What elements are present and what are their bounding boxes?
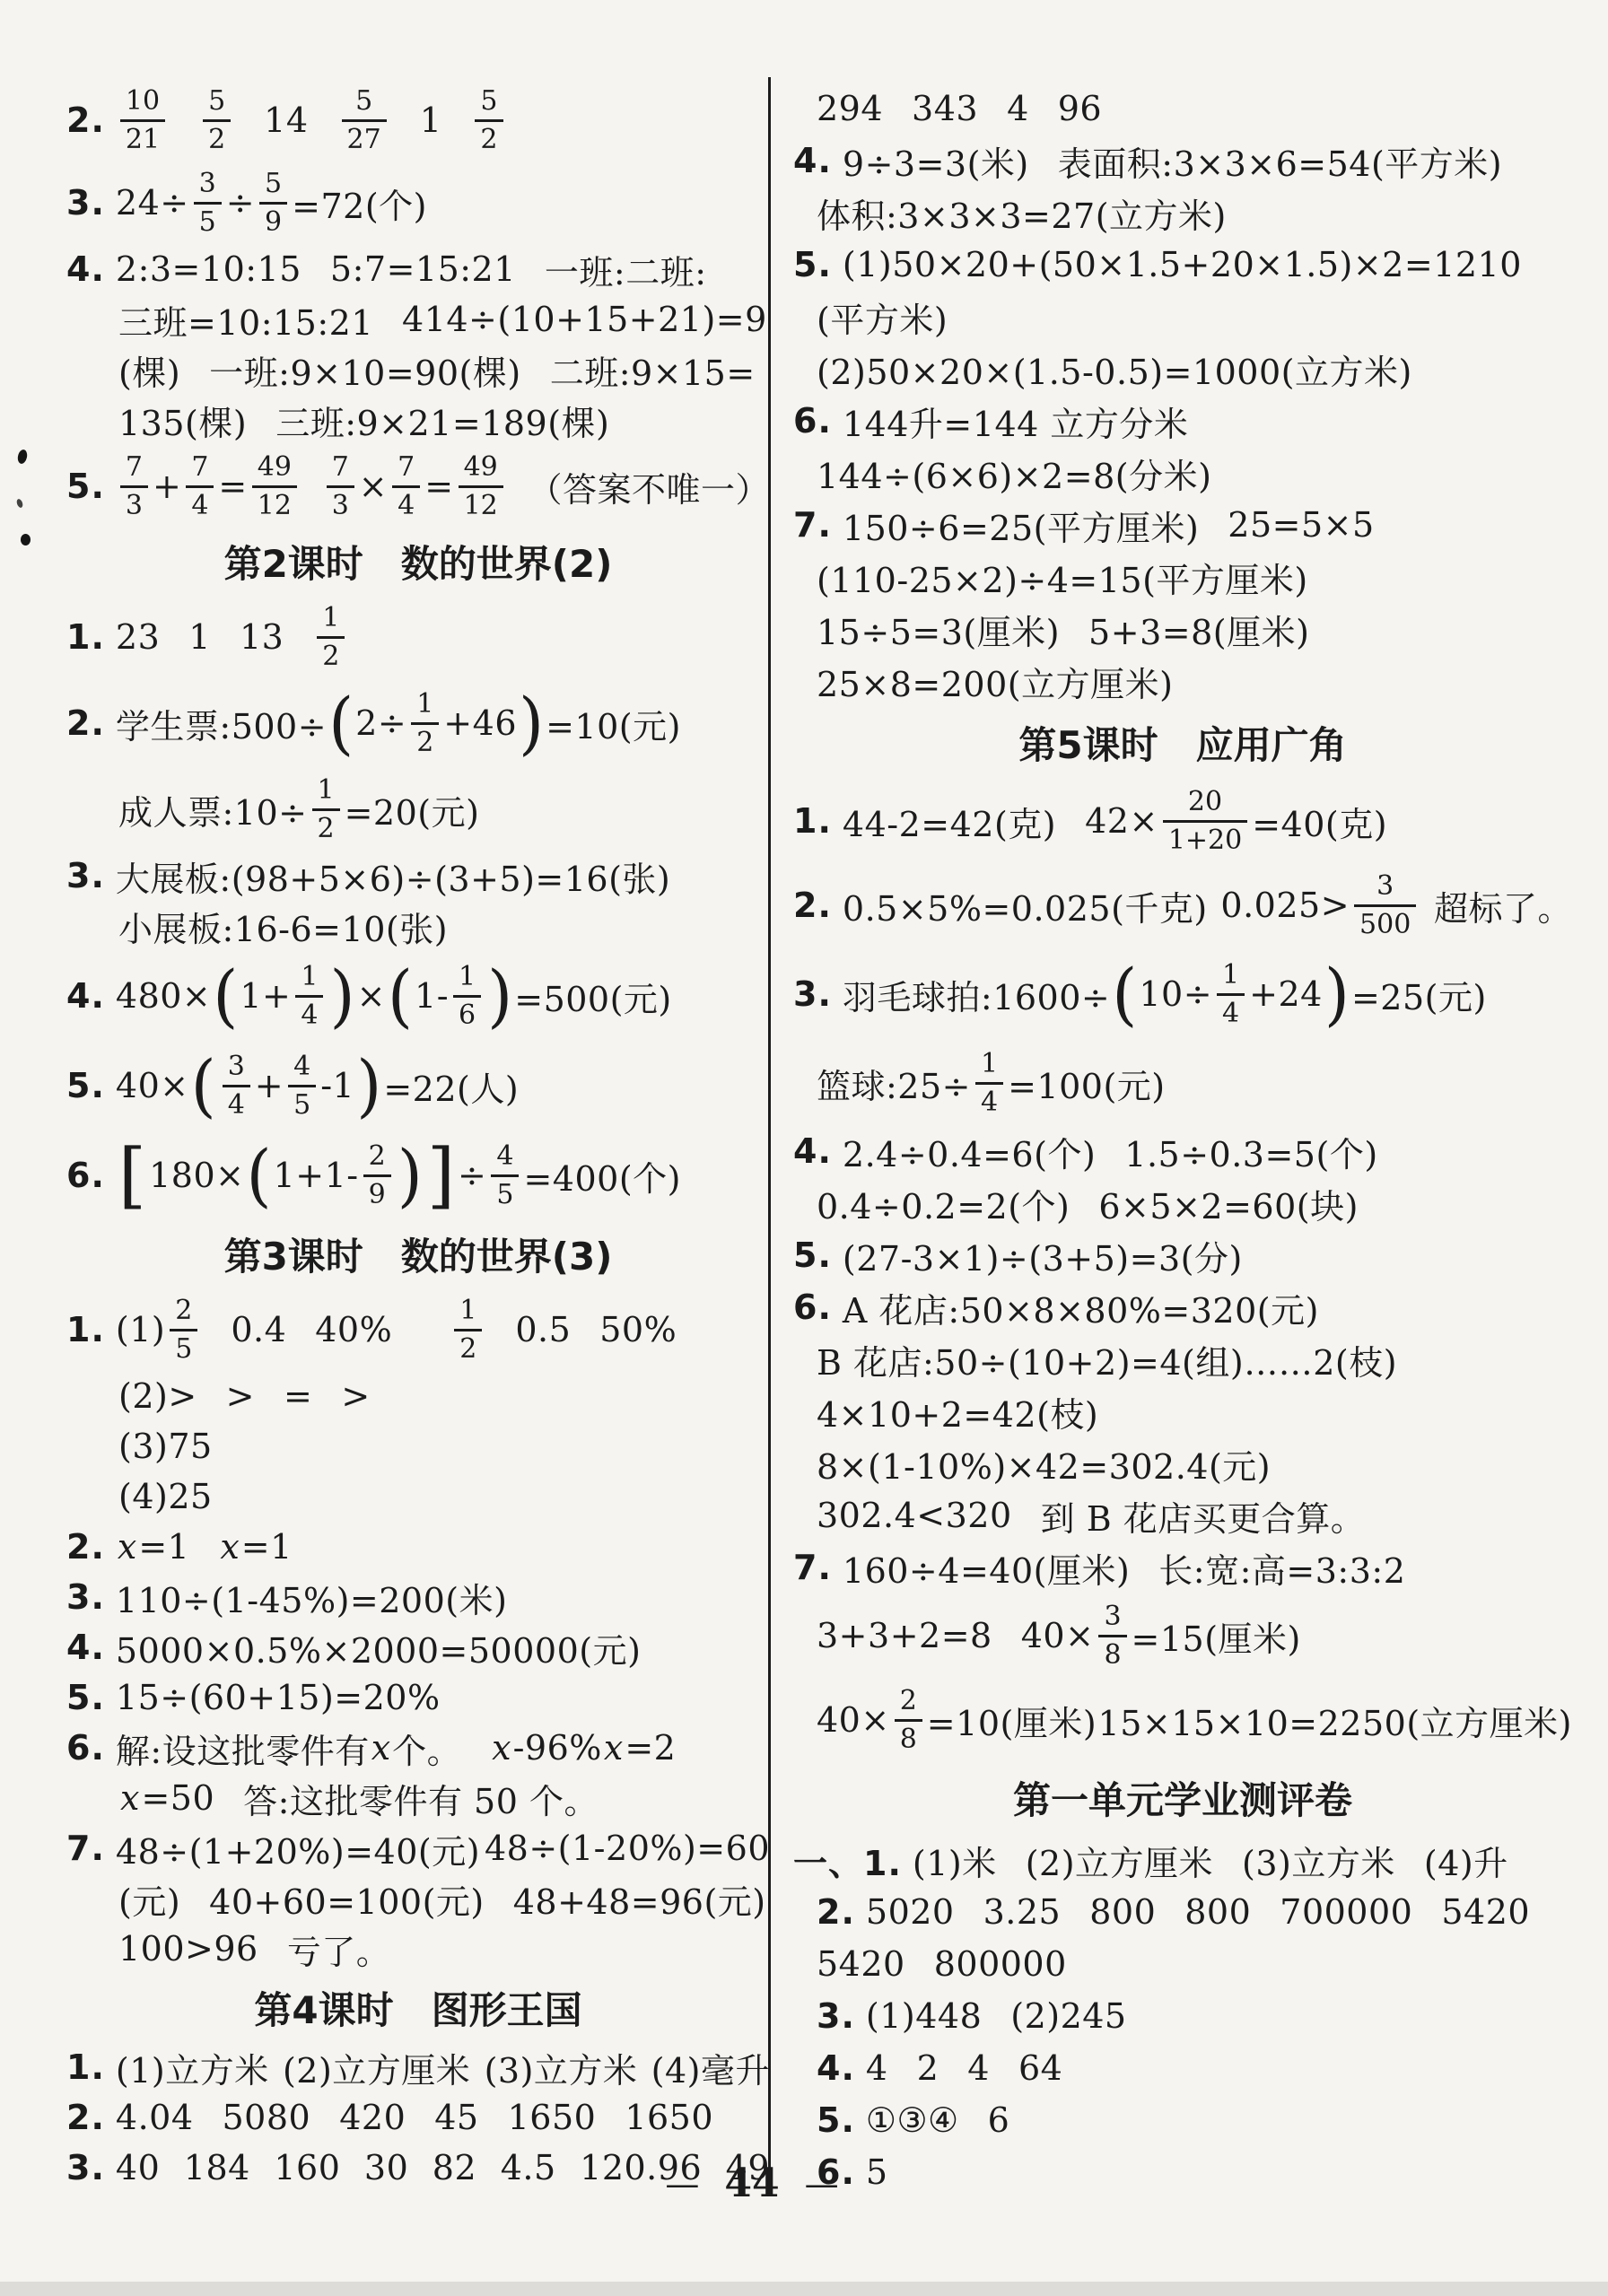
math-text: 1.5÷0.3=5(个)	[1124, 1127, 1377, 1176]
answer-line: 25×8=200(立方厘米)	[793, 655, 1572, 707]
answer-line: 5.①③④6	[793, 2094, 1572, 2146]
math-text: =400(个)	[523, 1151, 681, 1200]
item-number: 3.	[66, 2148, 105, 2187]
answer-line: 6.A 花店:50×8×80%=320(元)	[793, 1281, 1572, 1333]
answer-line: 3+3+2=840×38=15(厘米)	[793, 1593, 1572, 1678]
answer-line: 3.(1)448(2)245	[793, 1990, 1572, 2042]
fraction: 34	[223, 1053, 250, 1119]
math-text: 42×	[1085, 801, 1158, 841]
math-text: 48÷(1-20%)=60	[485, 1829, 770, 1868]
math-text: 184	[184, 2148, 250, 2187]
denominator: 2	[312, 808, 340, 842]
item-number: 4.	[817, 2048, 855, 2088]
variable: x	[604, 1728, 623, 1768]
math-text: 二班:9×15=	[550, 345, 756, 395]
numerator: 20	[1183, 789, 1228, 820]
answer-line: 一、1.(1)米(2)立方厘米(3)立方米(4)升	[793, 1834, 1572, 1886]
fraction: 14	[975, 1051, 1003, 1116]
numerator: 7	[120, 454, 148, 485]
math-text: (1)米	[913, 1836, 997, 1885]
item-number: 7.	[793, 1548, 832, 1587]
item-number: 6.	[66, 1728, 105, 1768]
math-text: ×	[357, 976, 386, 1016]
math-text: =20(元)	[345, 785, 480, 834]
math-text: (2)立方厘米	[283, 2043, 470, 2092]
math-text: 2÷	[355, 703, 406, 743]
denominator: 2	[317, 636, 345, 670]
fraction: 35	[194, 170, 222, 236]
math-text: 5+3=8(厘米)	[1088, 605, 1309, 654]
math-text: 三班=10:15:21	[118, 295, 373, 345]
math-text: 144÷(6×6)×2=8(分米)	[817, 449, 1211, 498]
math-text: (2)>	[118, 1376, 197, 1416]
math-text: 82	[433, 2148, 476, 2187]
math-text: 30	[364, 2148, 408, 2187]
item-number: 2.	[66, 2098, 105, 2137]
variable: x	[120, 1778, 139, 1818]
answer-line: 2.学生票:500÷(2÷12+46)=10(元)	[66, 678, 770, 768]
math-text: +	[153, 467, 181, 506]
denominator: 9	[363, 1174, 391, 1209]
math-text: 44-2=42(克)	[843, 797, 1056, 846]
denominator: 21	[120, 119, 165, 153]
answer-line: 1.(1)250.440%120.550%	[66, 1288, 770, 1371]
denominator: 2	[454, 1329, 482, 1363]
answer-line: 4.42464	[793, 2042, 1572, 2094]
answer-line: 15÷5=3(厘米)5+3=8(厘米)	[793, 603, 1572, 655]
numerator: 1	[975, 1051, 1003, 1082]
answer-line: 3.24÷35÷59=72(个)	[66, 162, 770, 244]
math-text: 5	[866, 2152, 888, 2192]
fraction: 14	[1217, 962, 1245, 1027]
answer-line: 4.2.4÷0.4=6(个)1.5÷0.3=5(个)	[793, 1125, 1572, 1177]
math-text: =1	[241, 1527, 293, 1567]
math-text: (1)50×20+(50×1.5+20×1.5)×2=1210	[843, 245, 1522, 284]
section-heading: 第一单元学业测评卷	[793, 1762, 1572, 1834]
math-text: 一班:二班:	[545, 245, 707, 294]
left-paren: (	[213, 965, 238, 1026]
page-number: 44	[724, 2161, 779, 2206]
answer-line: 三班=10:15:21414÷(10+15+21)=9	[66, 294, 770, 345]
math-text: 294	[817, 89, 883, 128]
math-text: 64	[1018, 2048, 1062, 2088]
math-text: (3)立方米	[485, 2043, 638, 2092]
fraction: 4912	[459, 454, 503, 519]
math-text: 40×	[1021, 1616, 1095, 1655]
answer-line: (2)50×20×(1.5-0.5)=1000(立方米)	[793, 343, 1572, 395]
answer-line: 4.5000×0.5%×2000=50000(元)	[66, 1622, 770, 1672]
denominator: 2	[475, 119, 502, 153]
section-heading: 第4课时 图形王国	[66, 1974, 770, 2042]
math-text: 长:宽:高=3:3:2	[1158, 1543, 1405, 1593]
math-text: （答案不唯一）	[528, 462, 770, 511]
math-text: =40(克)	[1252, 797, 1387, 846]
math-text: 9÷3=3(米)	[843, 136, 1029, 186]
answer-line: 5.40×(34+45-1)=22(人)	[66, 1041, 770, 1131]
math-text: 14	[264, 100, 308, 140]
item-number: 5.	[66, 467, 105, 506]
denominator: 6	[453, 995, 481, 1029]
left-paren: (	[388, 965, 413, 1026]
math-text: (元)	[118, 1874, 180, 1924]
fraction: 28	[895, 1688, 922, 1753]
math-text: 1+	[240, 976, 291, 1016]
math-text: =2	[625, 1728, 676, 1768]
math-text: (2)245	[1010, 1996, 1126, 2036]
math-text: 小展板:16-6=10(张)	[118, 902, 448, 951]
item-number: 1.	[66, 1310, 105, 1349]
denominator: 12	[459, 485, 503, 519]
answer-line: (棵)一班:9×10=90(棵)二班:9×15=	[66, 345, 770, 395]
math-text: 5000×0.5%×2000=50000(元)	[116, 1623, 642, 1672]
answer-line: 6.解:设这批零件有 x 个。x-96%x=2	[66, 1723, 770, 1773]
math-text: B 花店:50÷(10+2)=4(组)……2(枝)	[817, 1335, 1397, 1384]
fraction: 45	[491, 1143, 519, 1209]
math-text: =50	[141, 1778, 214, 1818]
scan-edge-shadow	[0, 2282, 1608, 2296]
fraction: 16	[453, 964, 481, 1029]
math-text: 1	[420, 100, 442, 140]
numerator: 3	[223, 1053, 250, 1085]
denominator: 4	[392, 485, 420, 519]
math-text: (平方米)	[817, 292, 948, 342]
math-text: -96%	[513, 1728, 602, 1768]
math-text: 180×	[149, 1156, 244, 1195]
denominator: 27	[342, 119, 387, 153]
numerator: 5	[475, 88, 502, 119]
math-text: ÷	[226, 183, 255, 223]
answer-line: (平方米)	[793, 291, 1572, 343]
item-number: 5.	[817, 2100, 855, 2140]
math-text: 13	[240, 617, 284, 657]
denominator: 2	[411, 722, 439, 756]
math-text: 篮球:25÷	[817, 1059, 971, 1108]
item-number: 2.	[66, 1527, 105, 1567]
math-text: 45	[434, 2098, 478, 2137]
workbook-answer-page: 2.102152145271523.24÷35÷59=72(个)4.2:3=10…	[0, 0, 1608, 2296]
ink-speck	[21, 534, 31, 546]
math-text: =	[218, 467, 247, 506]
fraction: 1021	[120, 88, 165, 153]
math-text: 160÷4=40(厘米)	[843, 1543, 1130, 1593]
left-paren: (	[246, 1145, 271, 1206]
numerator: 4	[288, 1053, 316, 1085]
answer-line: (3)75	[66, 1421, 770, 1471]
item-number: 2.	[66, 100, 105, 140]
math-text: 48÷(1+20%)=40(元)	[116, 1824, 480, 1873]
answer-line: (4)25	[66, 1471, 770, 1522]
math-text: 2.4÷0.4=6(个)	[843, 1127, 1096, 1176]
math-text: 学生票:500÷	[116, 699, 327, 748]
fraction: 74	[186, 454, 214, 519]
item-number: 一、1.	[793, 1836, 902, 1885]
column-divider	[768, 77, 771, 2168]
item-number: 2.	[66, 703, 105, 743]
math-text: =100(元)	[1008, 1059, 1166, 1108]
right-bracket: ]	[427, 1143, 455, 1208]
math-text: 0.4	[231, 1310, 286, 1349]
fraction: 29	[363, 1143, 391, 1209]
fraction: 201+20	[1163, 789, 1247, 854]
math-text: 体积:3×3×3=27(立方米)	[817, 188, 1227, 238]
math-text: (2)立方厘米	[1026, 1836, 1213, 1885]
numerator: 49	[252, 454, 297, 485]
fraction: 12	[312, 777, 340, 842]
math-text: 5080	[223, 2098, 311, 2137]
denominator: 5	[288, 1085, 316, 1119]
item-number: 6.	[66, 1156, 105, 1195]
answer-line: 1.44-2=42(克)42×201+20=40(克)	[793, 779, 1572, 863]
numerator: 10	[120, 88, 165, 119]
numerator: 3	[1371, 873, 1399, 904]
answer-line: 4×10+2=42(枝)	[793, 1385, 1572, 1437]
math-text: =72(个)	[292, 179, 427, 228]
math-text: 150÷6=25(平方厘米)	[843, 501, 1199, 550]
math-text: 1	[188, 617, 211, 657]
denominator: 8	[1098, 1635, 1126, 1669]
math-text: 个。	[392, 1724, 461, 1773]
math-text: 800000	[934, 1944, 1067, 1984]
answer-line: 294343496	[793, 83, 1572, 135]
math-text: 302.4<320	[817, 1496, 1012, 1535]
ink-speck	[16, 449, 28, 465]
item-number: 6.	[793, 1288, 832, 1327]
answer-line: 5.15÷(60+15)=20%	[66, 1672, 770, 1723]
numerator: 5	[350, 88, 378, 119]
math-text: 2	[917, 2048, 939, 2088]
numerator: 1	[317, 605, 345, 636]
math-text: 3+3+2=8	[817, 1616, 992, 1655]
math-text: 一班:9×10=90(棵)	[209, 345, 521, 395]
math-text: 100>96	[118, 1929, 258, 1969]
item-number: 7.	[793, 505, 832, 545]
section-heading: 第3课时 数的世界(3)	[66, 1220, 770, 1288]
math-text: ①③④	[866, 2100, 959, 2140]
math-text: 40%	[315, 1310, 392, 1349]
section-heading: 第5课时 应用广角	[793, 707, 1572, 779]
denominator: 4	[975, 1082, 1003, 1116]
item-number: 5.	[793, 245, 832, 284]
math-text: 25×8=200(立方厘米)	[817, 657, 1173, 706]
math-text: 5420	[817, 1944, 905, 1984]
answer-line: 4.2:3=10:155:7=15:21一班:二班:	[66, 244, 770, 294]
fraction: 12	[411, 691, 439, 756]
fraction: 14	[295, 964, 323, 1029]
variable: x	[220, 1527, 239, 1567]
math-text: 700000	[1280, 1892, 1412, 1932]
numerator: 1	[1217, 962, 1245, 993]
fraction: 59	[259, 170, 287, 236]
math-text: 0.4÷0.2=2(个)	[817, 1179, 1070, 1228]
fraction: 38	[1098, 1603, 1126, 1669]
answer-line: 5.(1)50×20+(50×1.5+20×1.5)×2=1210	[793, 239, 1572, 291]
math-text: 160	[274, 2148, 340, 2187]
math-text: 2:3=10:15	[116, 249, 301, 289]
math-text: (4)毫升	[651, 2043, 770, 2092]
math-text: 40+60=100(元)	[209, 1874, 485, 1924]
math-text: 15÷(60+15)=20%	[116, 1678, 441, 1717]
answer-line: 0.4÷0.2=2(个)6×5×2=60(块)	[793, 1177, 1572, 1229]
math-text: 4.04	[116, 2098, 194, 2137]
math-text: 4	[1007, 89, 1029, 128]
math-text: 6×5×2=60(块)	[1098, 1179, 1359, 1228]
answer-line: 7.48÷(1+20%)=40(元)48÷(1-20%)=60	[66, 1823, 770, 1873]
numerator: 4	[491, 1143, 519, 1174]
math-text: =	[284, 1376, 312, 1416]
math-text: 25=5×5	[1228, 505, 1374, 545]
answer-line: 3.大展板:(98+5×6)÷(3+5)=16(张)	[66, 851, 770, 901]
math-text: 23	[116, 617, 160, 657]
item-number: 3.	[66, 1577, 105, 1617]
item-number: 4.	[66, 249, 105, 289]
variable: x	[492, 1728, 511, 1768]
item-number: 1.	[66, 2047, 105, 2087]
answer-line: 6.5	[793, 2146, 1572, 2198]
denominator: 5	[194, 202, 222, 236]
math-text: 420	[339, 2098, 406, 2137]
item-number: 3.	[793, 974, 832, 1014]
math-text: 50%	[599, 1310, 677, 1349]
numerator: 49	[459, 454, 503, 485]
fraction: 12	[317, 605, 345, 670]
math-text: (4)升	[1424, 1836, 1508, 1885]
numerator: 7	[392, 454, 420, 485]
item-number: 4.	[66, 976, 105, 1016]
math-text: =500(元)	[514, 972, 672, 1021]
math-text: 8×(1-10%)×42=302.4(元)	[817, 1439, 1271, 1488]
numerator: 7	[186, 454, 214, 485]
fraction: 4912	[252, 454, 297, 519]
right-paren: )	[1324, 964, 1350, 1025]
math-text: 48+48=96(元)	[513, 1874, 766, 1924]
denominator: 2	[203, 119, 231, 153]
math-text: =	[424, 467, 453, 506]
fraction: 52	[203, 88, 231, 153]
math-text: 135(棵)	[118, 396, 247, 445]
math-text: 1-	[415, 976, 449, 1016]
denominator: 1+20	[1163, 820, 1247, 854]
ink-speck	[15, 498, 23, 508]
answer-line: 2.50203.258008007000005420	[793, 1886, 1572, 1938]
math-text: 0.5×5%=0.025(千克)	[843, 881, 1208, 930]
answer-line: 2.x=1x=1	[66, 1522, 770, 1572]
math-text: 96	[1058, 89, 1102, 128]
math-text: -1	[320, 1066, 354, 1105]
right-paren: )	[356, 1055, 381, 1116]
right-column: 2943434964.9÷3=3(米)表面积:3×3×6=54(平方米)体积:3…	[793, 83, 1572, 2198]
math-text: 15÷5=3(厘米)	[817, 605, 1060, 654]
math-text: >	[226, 1376, 255, 1416]
item-number: 3.	[66, 183, 105, 223]
left-paren: (	[1112, 964, 1137, 1025]
numerator: 3	[194, 170, 222, 202]
item-number: 2.	[817, 1892, 855, 1932]
item-number: 6.	[793, 401, 832, 441]
math-text: +	[255, 1066, 284, 1105]
numerator: 7	[327, 454, 354, 485]
math-text: 144升=144 立方分米	[843, 397, 1188, 446]
answer-line: 302.4<320到 B 花店买更合算。	[793, 1489, 1572, 1541]
item-number: 4.	[793, 1131, 832, 1171]
math-text: =25(元)	[1351, 970, 1487, 1019]
answer-line: 5420800000	[793, 1938, 1572, 1990]
math-text: 40	[116, 2148, 160, 2187]
math-text: 343	[912, 89, 978, 128]
math-text: 24÷	[116, 183, 189, 223]
variable: x	[118, 1527, 136, 1567]
answer-line: (2)>>=>	[66, 1371, 770, 1421]
fraction: 527	[342, 88, 387, 153]
answer-line: 100>96亏了。	[66, 1924, 770, 1974]
answer-line: 篮球:25÷14=100(元)	[793, 1041, 1572, 1125]
answer-line: 7.160÷4=40(厘米)长:宽:高=3:3:2	[793, 1541, 1572, 1593]
item-number: 3.	[817, 1996, 855, 2036]
math-text: (3)立方米	[1242, 1836, 1395, 1885]
answer-line: 2.4.0450804204516501650	[66, 2092, 770, 2143]
math-text: >	[341, 1376, 370, 1416]
item-number: 5.	[66, 1678, 105, 1717]
item-number: 3.	[66, 856, 105, 895]
math-text: 15×15×10=2250(立方厘米)	[1098, 1696, 1572, 1745]
math-text: 大展板:(98+5×6)÷(3+5)=16(张)	[116, 851, 670, 901]
item-number: 4.	[793, 141, 832, 180]
right-paren: )	[329, 965, 354, 1026]
numerator: 1	[454, 1297, 482, 1329]
fraction: 73	[120, 454, 148, 519]
answer-line: (元)40+60=100(元)48+48=96(元)	[66, 1873, 770, 1924]
footer-left-dash: —	[665, 2164, 699, 2204]
math-text: 6	[988, 2100, 1010, 2140]
math-text: 10÷	[1139, 974, 1212, 1014]
math-text: 4.5	[501, 2148, 556, 2187]
item-number: 1.	[66, 617, 105, 657]
answer-line: 4.480×(1+14)×(1-16)=500(元)	[66, 951, 770, 1041]
numerator: 1	[312, 777, 340, 808]
answer-line: 144÷(6×6)×2=8(分米)	[793, 447, 1572, 499]
math-text: (110-25×2)÷4=15(平方厘米)	[817, 553, 1308, 602]
math-text: 三班:9×21=189(棵)	[275, 396, 609, 445]
math-text: =10(元)	[546, 699, 681, 748]
answer-line: 6.[180×(1+1-29)]÷45=400(个)	[66, 1131, 770, 1220]
math-text: 5:7=15:21	[330, 249, 516, 289]
math-text: =10(厘米)	[927, 1696, 1097, 1745]
math-text: 0.025>	[1220, 886, 1350, 925]
math-text: 到 B 花店买更合算。	[1041, 1491, 1366, 1541]
math-text: (1)448	[866, 1996, 982, 2036]
math-text: 800	[1184, 1892, 1251, 1932]
denominator: 8	[895, 1719, 922, 1753]
math-text: 成人票:10÷	[118, 785, 308, 834]
math-text: 4	[967, 2048, 990, 2088]
math-text: 4×10+2=42(枝)	[817, 1387, 1098, 1436]
answer-line: 体积:3×3×3=27(立方米)	[793, 187, 1572, 239]
math-text: (1)立方米	[116, 2043, 269, 2092]
answer-line: 4.9÷3=3(米)表面积:3×3×6=54(平方米)	[793, 135, 1572, 187]
math-text: 1650	[625, 2098, 713, 2137]
math-text: 1+1-	[274, 1156, 359, 1195]
math-text: 答:这批零件有 50 个。	[243, 1774, 599, 1823]
answer-line: 135(棵)三班:9×21=189(棵)	[66, 395, 770, 445]
item-number: 2.	[793, 886, 832, 925]
answer-line: 5.73+74=491273×74=4912（答案不唯一）	[66, 445, 770, 528]
math-text: 414÷(10+15+21)=9	[402, 300, 767, 339]
answer-line: 1.2311312	[66, 596, 770, 678]
fraction: 3500	[1354, 873, 1416, 938]
math-text: (棵)	[118, 345, 180, 395]
left-bracket: [	[118, 1143, 146, 1208]
math-text: 40×	[116, 1066, 189, 1105]
math-text: 0.5	[515, 1310, 571, 1349]
